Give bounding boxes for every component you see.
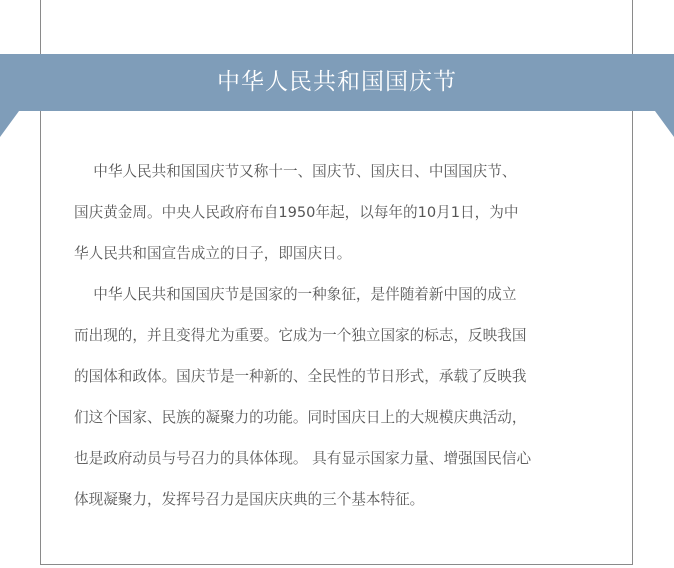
text-line: 国庆黄金周。中央人民政府布自1950年起，以每年的10月1日，为中: [74, 192, 604, 233]
banner-fold-right: [655, 111, 674, 137]
text-line: 们这个国家、民族的凝聚力的功能。同时国庆日上的大规模庆典活动，: [74, 397, 604, 438]
text-line: 中华人民共和国国庆节又称十一、国庆节、国庆日、中国国庆节、: [74, 151, 604, 192]
text-line: 中华人民共和国国庆节是国家的一种象征，是伴随着新中国的成立: [74, 274, 604, 315]
paragraph-1: 中华人民共和国国庆节又称十一、国庆节、国庆日、中国国庆节、 国庆黄金周。中央人民…: [74, 151, 604, 274]
banner-fold-left: [0, 111, 19, 137]
paragraph-2: 中华人民共和国国庆节是国家的一种象征，是伴随着新中国的成立 而出现的，并且变得尤…: [74, 274, 604, 520]
text-line: 的国体和政体。国庆节是一种新的、全民性的节日形式，承载了反映我: [74, 356, 604, 397]
text-line: 而出现的，并且变得尤为重要。它成为一个独立国家的标志，反映我国: [74, 315, 604, 356]
text-line: 体现凝聚力，发挥号召力是国庆庆典的三个基本特征。: [74, 479, 604, 520]
page-title: 中华人民共和国国庆节: [0, 54, 674, 111]
text-line: 华人民共和国宣告成立的日子，即国庆日。: [74, 233, 604, 274]
title-banner: 中华人民共和国国庆节: [0, 54, 674, 111]
article-body: 中华人民共和国国庆节又称十一、国庆节、国庆日、中国国庆节、 国庆黄金周。中央人民…: [74, 151, 604, 520]
text-line: 也是政府动员与号召力的具体体现。 具有显示国家力量、增强国民信心: [74, 438, 604, 479]
